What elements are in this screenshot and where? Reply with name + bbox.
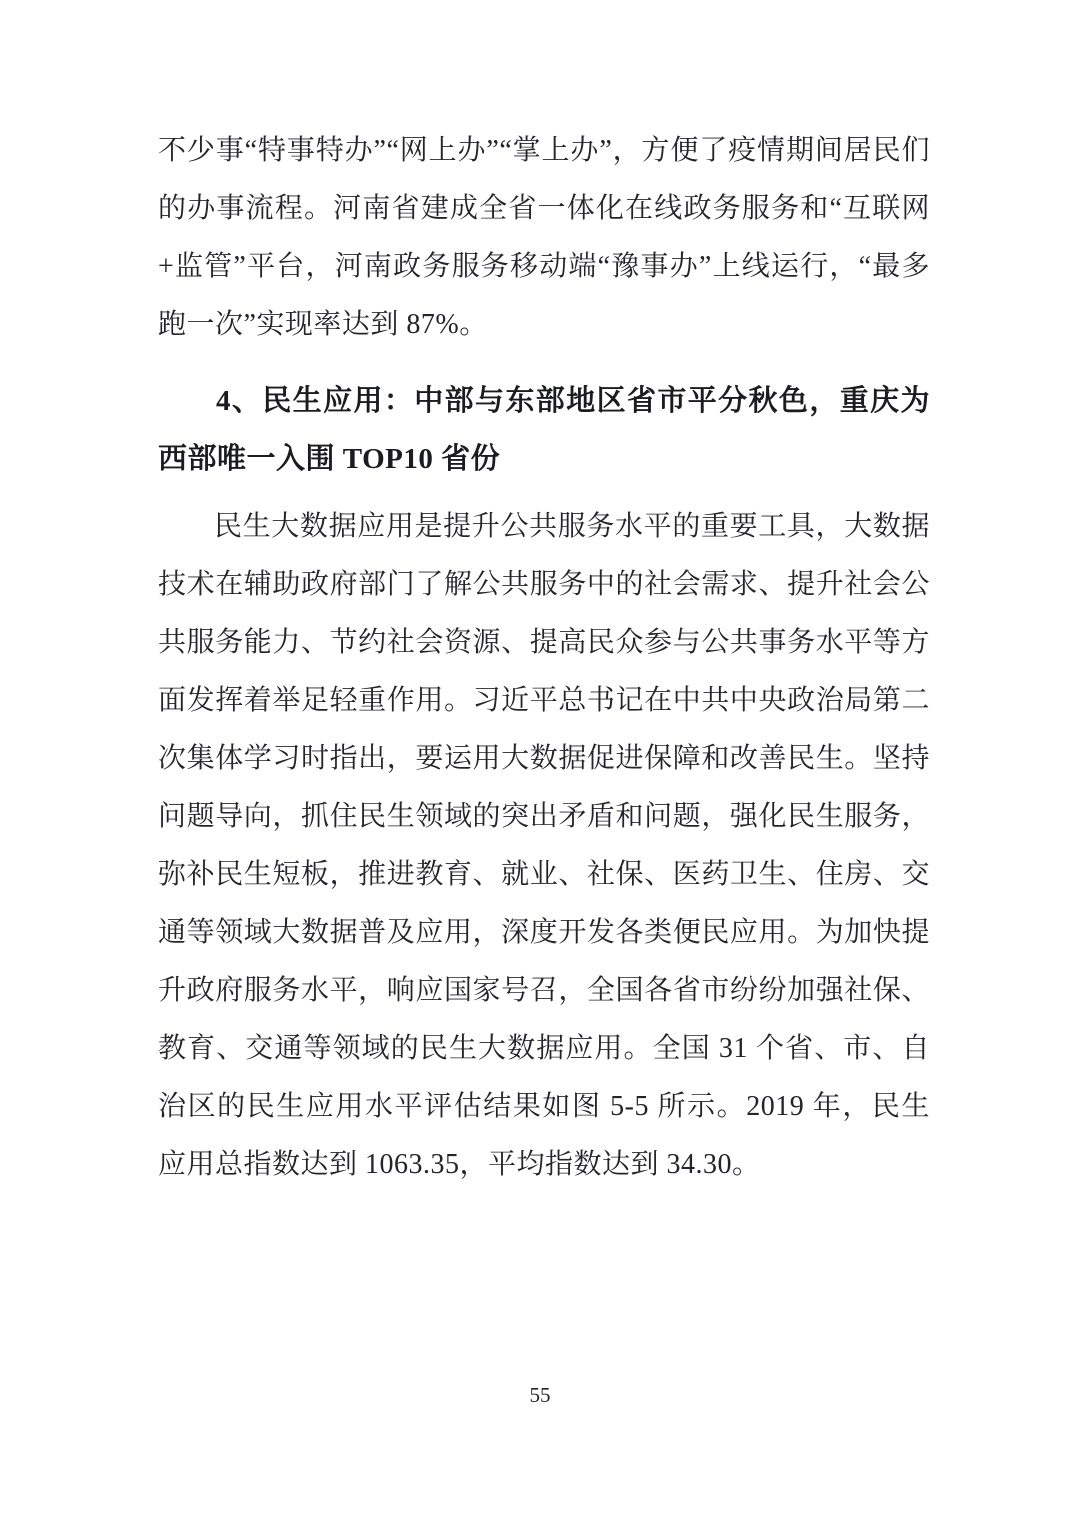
section-heading: 4、民生应用：中部与东部地区省市平分秋色，重庆为西部唯一入围 TOP10 省份: [158, 372, 930, 488]
page-body: 不少事“特事特办”“网上办”“掌上办”，方便了疫情期间居民们的办事流程。河南省建…: [158, 122, 930, 1194]
paragraph-continuation: 不少事“特事特办”“网上办”“掌上办”，方便了疫情期间居民们的办事流程。河南省建…: [158, 122, 930, 354]
body-paragraph: 民生大数据应用是提升公共服务水平的重要工具，大数据技术在辅助政府部门了解公共服务…: [158, 498, 930, 1194]
document-page: 不少事“特事特办”“网上办”“掌上办”，方便了疫情期间居民们的办事流程。河南省建…: [0, 0, 1080, 1527]
page-number: 55: [0, 1380, 1080, 1410]
